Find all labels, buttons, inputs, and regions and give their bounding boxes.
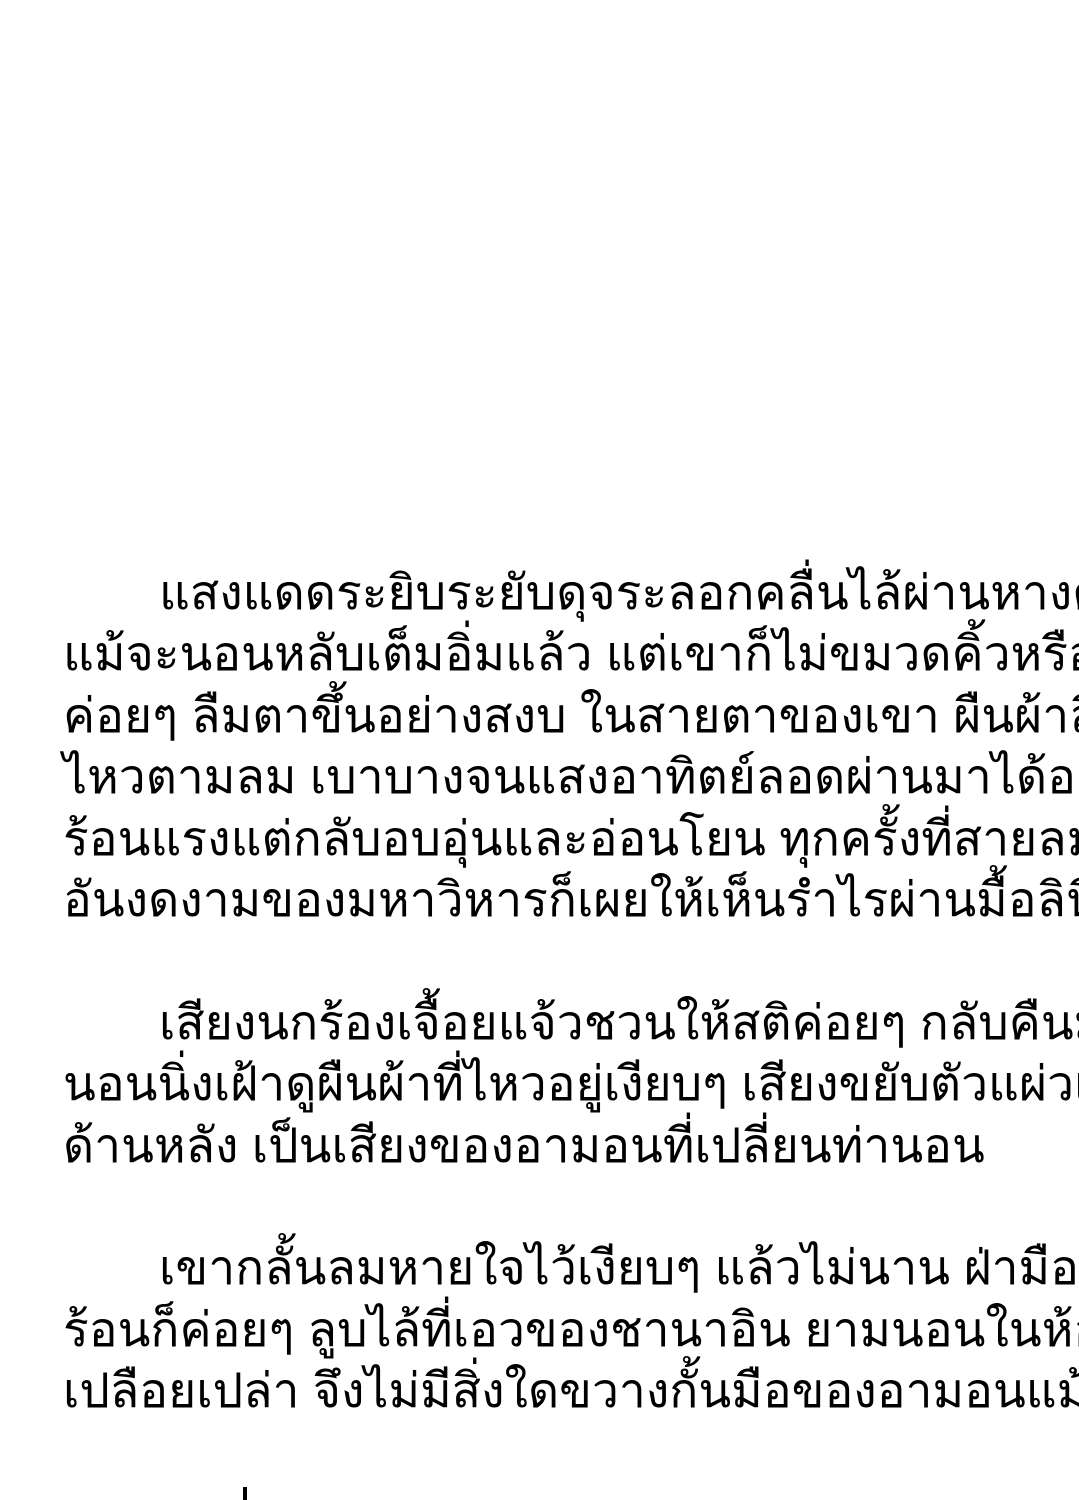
text-line: แม้จะนอนหลับเต็มอิ่มแล้ว แต่เขาก็ไม่ขมวด… (63, 624, 1007, 685)
text-line: แสงแดดระยิบระยับดุจระลอกคลื่นไล้ผ่านหางต… (63, 563, 1007, 624)
text-line: ค่อยๆ ลืมตาขึ้นอย่างสงบ ในสายตาของเขา ผื… (63, 686, 1007, 747)
cutoff-text-fragment (243, 1487, 247, 1500)
text-line: เปลือยเปล่า จึงไม่มีสิ่งใดขวางกั้นมือของ… (63, 1361, 1007, 1422)
document-page: แสงแดดระยิบระยับดุจระลอกคลื่นไล้ผ่านหางต… (0, 0, 1079, 1500)
text-line: เขากลั้นลมหายใจไว้เงียบๆ แล้วไม่นาน ฝ่าม… (63, 1238, 1007, 1299)
text-line: นอนนิ่งเฝ้าดูผืนผ้าที่ไหวอยู่เงียบๆ เสีย… (63, 1054, 1007, 1115)
paragraph-2: เสียงนกร้องเจื้อยแจ้วชวนให้สติค่อยๆ กลับ… (63, 993, 1007, 1177)
text-line: ด้านหลัง เป็นเสียงของอามอนที่เปลี่ยนท่าน… (63, 1116, 1007, 1177)
text-line: ไหวตามลม เบาบางจนแสงอาทิตย์ลอดผ่านมาได้อ… (63, 747, 1007, 808)
paragraph-1: แสงแดดระยิบระยับดุจระลอกคลื่นไล้ผ่านหางต… (63, 563, 1007, 931)
text-line: เสียงนกร้องเจื้อยแจ้วชวนให้สติค่อยๆ กลับ… (63, 993, 1007, 1054)
text-line: อันงดงามของมหาวิหารก็เผยให้เห็นรำไรผ่านม… (63, 870, 1007, 931)
paragraph-3: เขากลั้นลมหายใจไว้เงียบๆ แล้วไม่นาน ฝ่าม… (63, 1238, 1007, 1422)
text-line: ร้อนก็ค่อยๆ ลูบไล้ที่เอวของชานาอิน ยามนอ… (63, 1300, 1007, 1361)
text-block: แสงแดดระยิบระยับดุจระลอกคลื่นไล้ผ่านหางต… (63, 563, 1007, 1484)
text-line: ร้อนแรงแต่กลับอบอุ่นและอ่อนโยน ทุกครั้งท… (63, 809, 1007, 870)
